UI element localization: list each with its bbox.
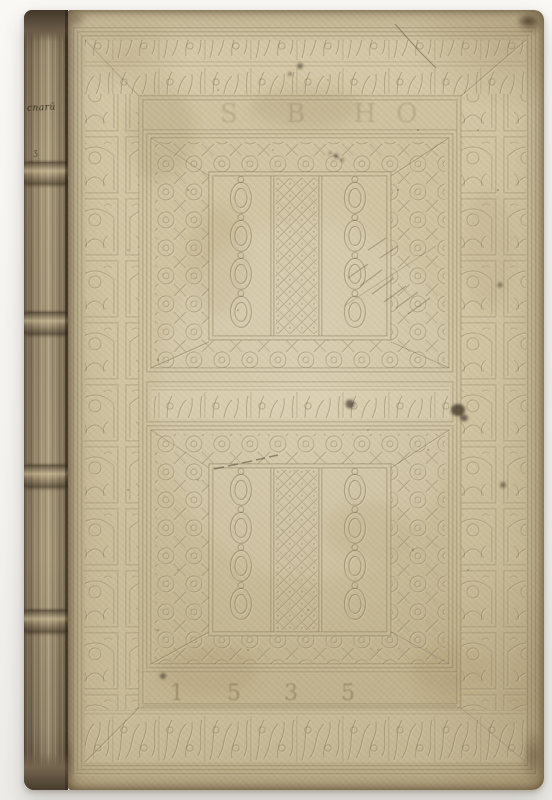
tooling-linework <box>74 28 536 774</box>
border-roll-top <box>85 40 526 94</box>
spine-raised-band <box>24 610 68 632</box>
book: cnarū ʒ <box>24 10 544 790</box>
border-roll-right <box>461 94 526 710</box>
photo-background: cnarū ʒ <box>0 0 552 800</box>
spine-headcap <box>24 10 68 42</box>
lower-panel-compartment <box>147 426 453 668</box>
date-stamp-text: 1 5 3 5 <box>170 681 373 706</box>
spine-raised-band <box>24 312 68 334</box>
border-roll-bottom <box>85 710 526 762</box>
book-spine: cnarū ʒ <box>24 10 68 790</box>
middle-roll-band <box>147 382 453 422</box>
border-roll-left <box>85 94 139 710</box>
spine-tailcap <box>24 752 68 790</box>
title-stamp-text: S B HO <box>220 99 437 129</box>
spine-raised-band <box>24 162 68 184</box>
spine-ink-mark: ʒ <box>32 148 38 158</box>
blind-tooling-overlay: S B HO 1 5 3 5 <box>68 10 544 790</box>
spine-ink-inscription: cnarū <box>27 103 67 114</box>
spine-raised-band <box>24 465 68 487</box>
book-front-cover: S B HO 1 5 3 5 <box>68 10 544 790</box>
upper-panel-compartment <box>147 134 453 372</box>
